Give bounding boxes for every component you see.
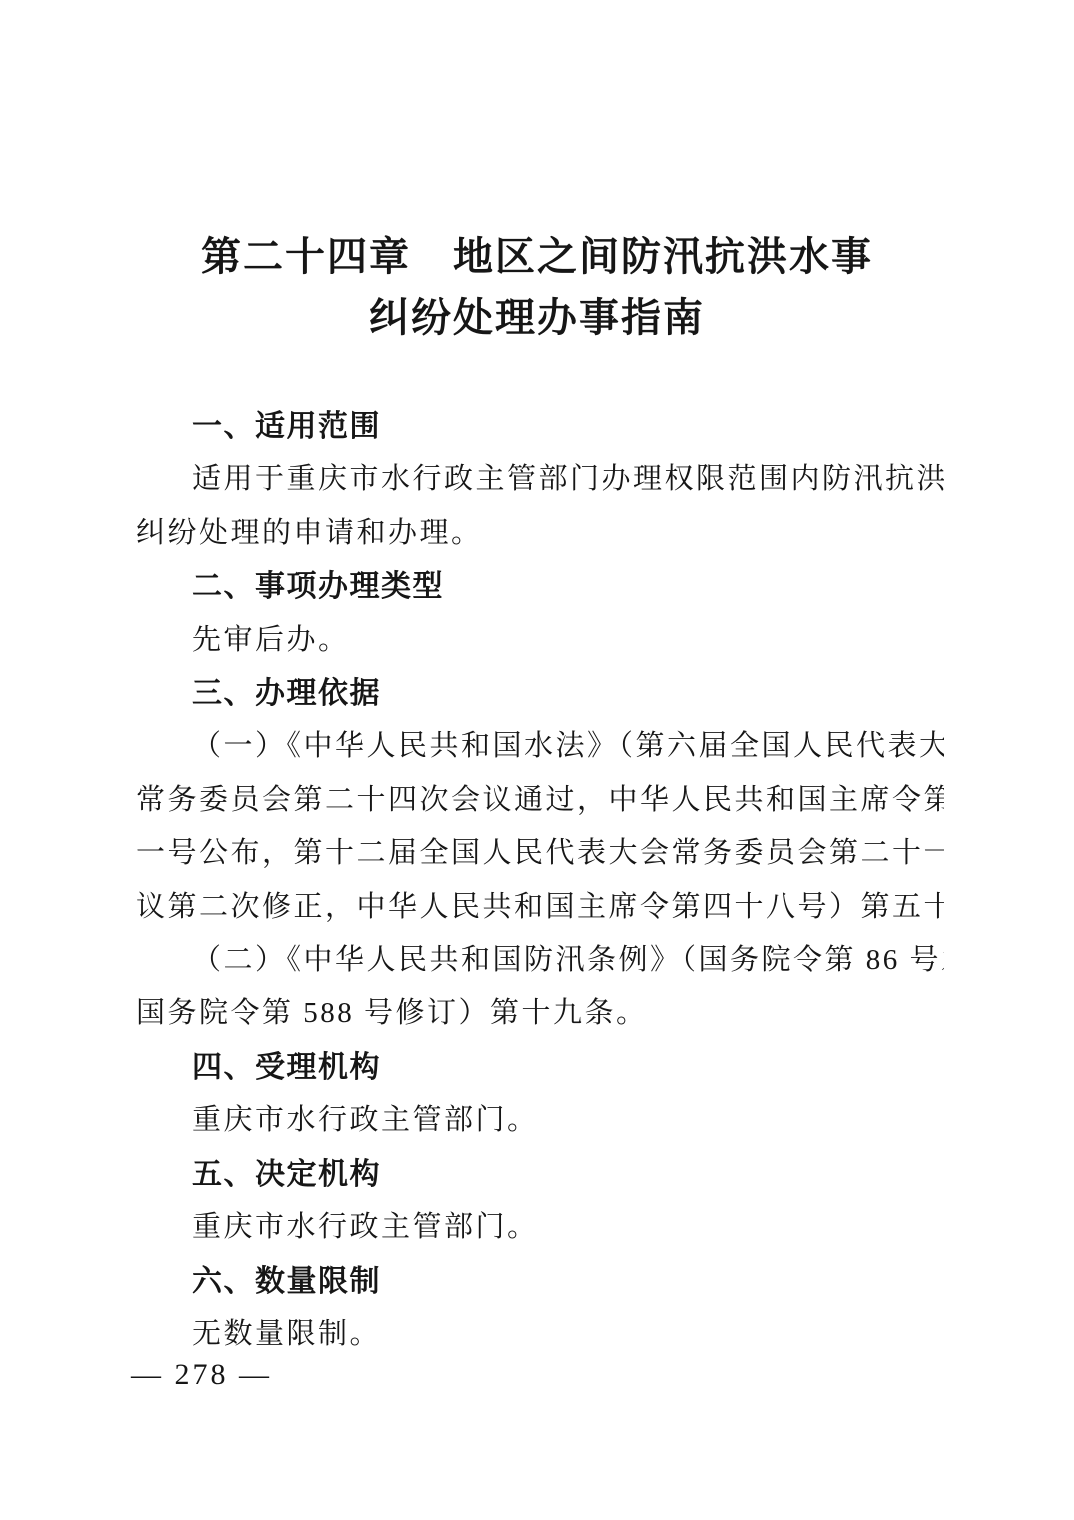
section-heading: 六、数量限制 — [136, 1255, 944, 1308]
body-line: 重庆市水行政主管部门。 — [136, 1094, 944, 1147]
body-line: 无数量限制。 — [136, 1308, 944, 1361]
document-section: 五、决定机构重庆市水行政主管部门。 — [136, 1148, 944, 1255]
chapter-title-line-2: 纠纷处理办事指南 — [0, 287, 1074, 348]
chapter-title-line-1: 第二十四章 地区之间防汛抗洪水事 — [0, 226, 1074, 287]
body-line: 重庆市水行政主管部门。 — [136, 1201, 944, 1254]
body-line: 议第二次修正，中华人民共和国主席令第四十八号）第五十六条。 — [136, 881, 944, 934]
section-heading: 一、适用范围 — [136, 400, 944, 453]
document-section: 四、受理机构重庆市水行政主管部门。 — [136, 1041, 944, 1148]
body-line: 纠纷处理的申请和办理。 — [136, 507, 944, 560]
document-section: 三、办理依据（一）《中华人民共和国水法》（第六届全国人民代表大会常务委员会第二十… — [136, 667, 944, 1041]
body-line: 先审后办。 — [136, 614, 944, 667]
document-section: 六、数量限制无数量限制。 — [136, 1255, 944, 1362]
document-body: 一、适用范围适用于重庆市水行政主管部门办理权限范围内防汛抗洪水事纠纷处理的申请和… — [136, 400, 944, 1361]
section-heading: 五、决定机构 — [136, 1148, 944, 1201]
body-line: （二）《中华人民共和国防汛条例》（国务院令第 86 号发布， — [136, 934, 944, 987]
document-page: 第二十四章 地区之间防汛抗洪水事 纠纷处理办事指南 一、适用范围适用于重庆市水行… — [0, 0, 1074, 1520]
body-line: 适用于重庆市水行政主管部门办理权限范围内防汛抗洪水事 — [136, 453, 944, 506]
body-line: （一）《中华人民共和国水法》（第六届全国人民代表大会 — [136, 720, 944, 773]
document-section: 一、适用范围适用于重庆市水行政主管部门办理权限范围内防汛抗洪水事纠纷处理的申请和… — [136, 400, 944, 560]
chapter-title: 第二十四章 地区之间防汛抗洪水事 纠纷处理办事指南 — [0, 0, 1074, 348]
section-heading: 二、事项办理类型 — [136, 560, 944, 613]
page-number: — 278 — — [131, 1358, 272, 1392]
body-line: 国务院令第 588 号修订）第十九条。 — [136, 987, 944, 1040]
body-line: 一号公布，第十二届全国人民代表大会常务委员会第二十一次会 — [136, 827, 944, 880]
section-heading: 三、办理依据 — [136, 667, 944, 720]
document-section: 二、事项办理类型先审后办。 — [136, 560, 944, 667]
body-line: 常务委员会第二十四次会议通过，中华人民共和国主席令第六十 — [136, 774, 944, 827]
section-heading: 四、受理机构 — [136, 1041, 944, 1094]
